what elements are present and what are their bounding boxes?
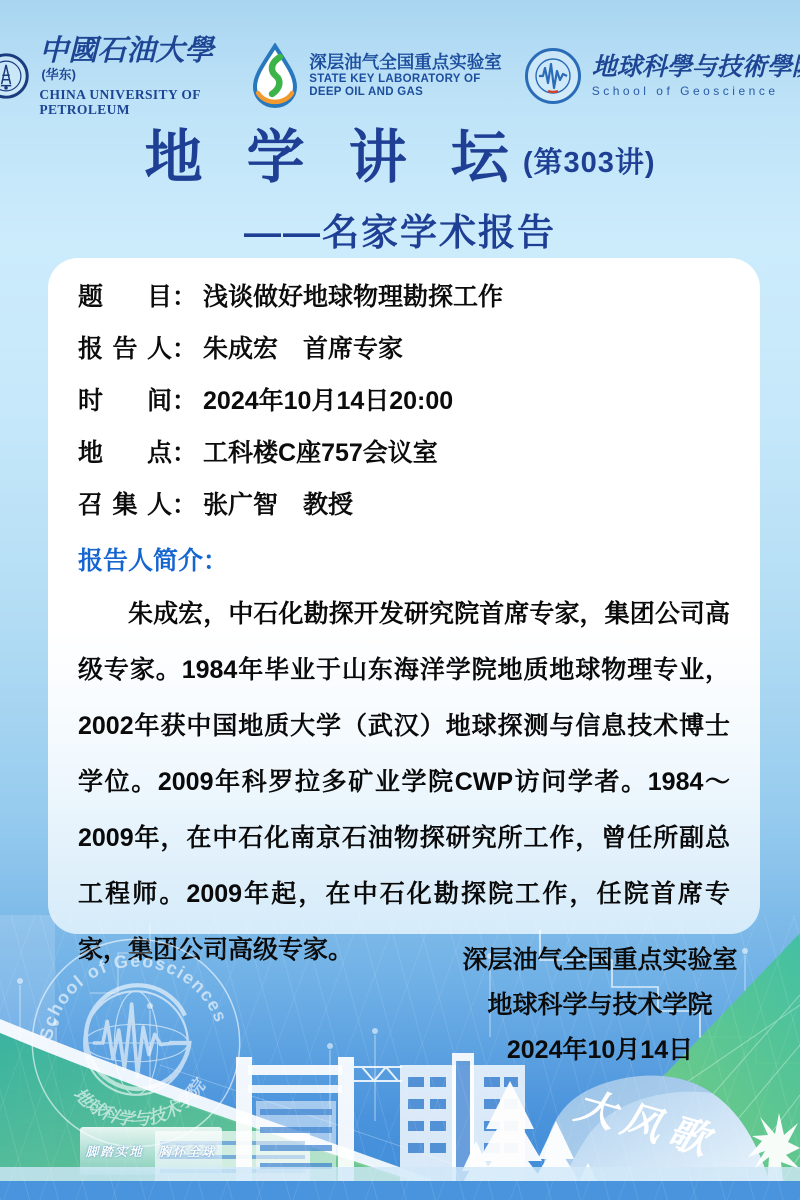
geo-name-en: School of Geoscience	[592, 85, 800, 98]
colon: ：	[172, 282, 197, 312]
field-speaker: 报告人：朱成宏 首席专家	[78, 334, 730, 364]
cup-region: (华东)	[41, 67, 76, 82]
lecture-info-card: 题目：浅谈做好地球物理勘探工作 报告人：朱成宏 首席专家 时间：2024年10月…	[48, 258, 760, 934]
footer-org-lab: 深层油气全国重点实验室	[400, 938, 800, 983]
field-topic: 题目：浅谈做好地球物理勘探工作	[78, 282, 730, 312]
geo-text: 地球科學与技術學院 School of Geoscience	[592, 53, 800, 98]
geoscience-seal-icon	[524, 47, 582, 105]
lab-name-en2: DEEP OIL AND GAS	[309, 86, 502, 99]
motto-text: 脚踏实地 胸怀全球	[86, 1142, 217, 1160]
field-time-label: 时间	[78, 386, 172, 416]
forum-title-main: 地 学 讲 坛	[144, 126, 522, 190]
oil-drop-icon	[251, 43, 299, 109]
header-logos: 中國石油大學(华东) CHINA UNIVERSITY OF PETROLEUM…	[0, 34, 800, 118]
cup-name-cn: 中國石油大學	[39, 33, 213, 67]
footer-signature: 深层油气全国重点实验室 地球科学与技术学院 2024年10月14日	[400, 938, 800, 1073]
field-convener: 召集人：张广智 教授	[78, 490, 730, 520]
field-location-value: 工科楼C座757会议室	[203, 439, 438, 467]
field-speaker-label: 报告人	[78, 334, 172, 364]
cup-seal-icon	[0, 45, 29, 107]
motto-banner: 脚踏实地 胸怀全球	[80, 1127, 222, 1175]
field-time-value: 2024年10月14日20:00	[203, 387, 453, 415]
field-topic-value: 浅谈做好地球物理勘探工作	[203, 283, 503, 311]
bottom-band	[0, 1181, 800, 1200]
cup-text: 中國石油大學(华东) CHINA UNIVERSITY OF PETROLEUM	[39, 34, 229, 118]
field-location: 地点：工科楼C座757会议室	[78, 438, 730, 468]
colon: ：	[172, 334, 197, 364]
logo-cup: 中國石油大學(华东) CHINA UNIVERSITY OF PETROLEUM	[0, 34, 229, 118]
seal-text-bottom: 地球科学与技术学院	[70, 1073, 211, 1129]
forum-title: 地 学 讲 坛 (第303讲)	[0, 126, 800, 190]
lab-name-en1: STATE KEY LABORATORY OF	[309, 73, 502, 86]
field-topic-label: 题目	[78, 282, 172, 312]
lab-text: 深层油气全国重点实验室 STATE KEY LABORATORY OF DEEP…	[309, 53, 502, 98]
colon: ：	[172, 386, 197, 416]
field-convener-label: 召集人	[78, 490, 172, 520]
speaker-intro-heading: 报告人简介：	[78, 546, 730, 576]
field-time: 时间：2024年10月14日20:00	[78, 386, 730, 416]
lab-name-cn: 深层油气全国重点实验室	[309, 53, 502, 73]
cup-name-en: CHINA UNIVERSITY OF PETROLEUM	[39, 87, 229, 117]
logo-lab: 深层油气全国重点实验室 STATE KEY LABORATORY OF DEEP…	[251, 43, 502, 109]
field-speaker-value: 朱成宏 首席专家	[203, 335, 403, 363]
colon: ：	[172, 490, 197, 520]
truss-bridge-icon	[354, 1067, 402, 1081]
forum-subtitle: ——名家学术报告	[0, 202, 800, 256]
logo-geo: 地球科學与技術學院 School of Geoscience	[524, 47, 800, 105]
svg-text:地球科学与技术学院: 地球科学与技术学院	[70, 1073, 211, 1129]
field-location-label: 地点	[78, 438, 172, 468]
colon: ：	[172, 438, 197, 468]
forum-episode-number: (第303讲)	[523, 140, 656, 190]
field-convener-value: 张广智 教授	[203, 491, 353, 519]
footer-date: 2024年10月14日	[400, 1028, 800, 1073]
geo-name-cn: 地球科學与技術學院	[592, 53, 800, 81]
footer-org-school: 地球科学与技术学院	[400, 983, 800, 1028]
geoscience-seal-watermark-icon: School of Geosciences 地球科学与技术学院	[28, 935, 244, 1151]
